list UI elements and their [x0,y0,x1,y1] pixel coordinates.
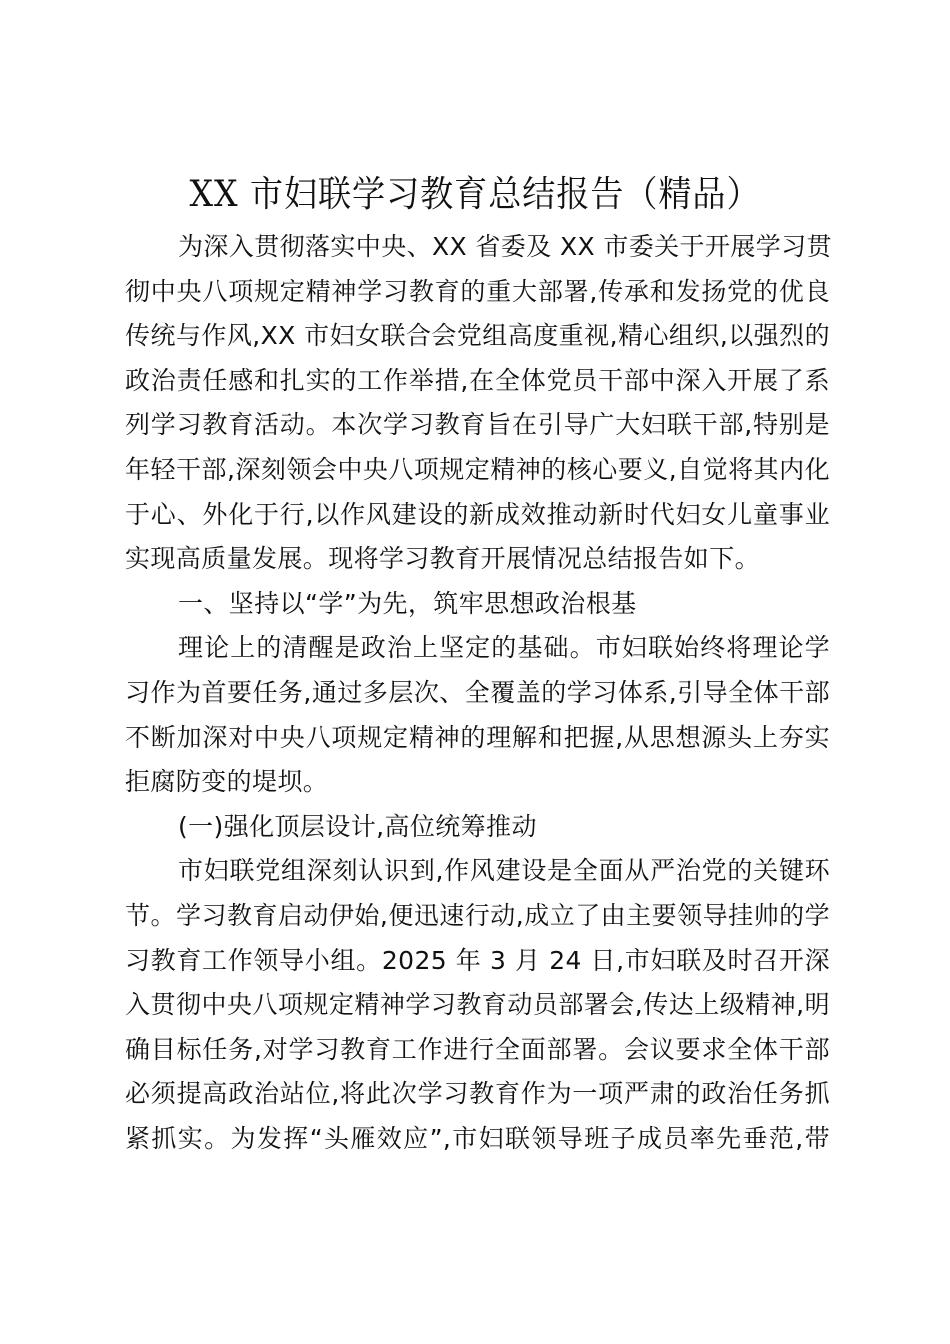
paragraph-line: 节。学习教育启动伊始,便迅速行动,成立了由主要领导挂帅的学 [125,894,830,939]
paragraph-first-line: 一、坚持以“学”为先，筑牢思想政治根基 [125,582,830,627]
paragraph-first-line: (一)强化顶层设计,高位统筹推动 [125,805,830,850]
paragraph-line: 传统与作风,XX 市妇女联合会党组高度重视,精心组织,以强烈的 [125,314,830,359]
paragraph-line: 必须提高政治站位,将此次学习教育作为一项严肃的政治任务抓 [125,1072,830,1117]
paragraph-line: 彻中央八项规定精神学习教育的重大部署,传承和发扬党的优良 [125,270,830,315]
paragraph-line: 不断加深对中央八项规定精神的理解和把握,从思想源头上夯实 [125,716,830,761]
paragraph-line: 确目标任务,对学习教育工作进行全面部署。会议要求全体干部 [125,1028,830,1073]
paragraph-first-line: 理论上的清醒是政治上坚定的基础。市妇联始终将理论学 [125,626,830,671]
paragraph-line: 习教育工作领导小组。2025 年 3 月 24 日,市妇联及时召开深 [125,939,830,984]
paragraph-line: 紧抓实。为发挥“头雁效应”,市妇联领导班子成员率先垂范,带 [125,1117,830,1162]
document-title: XX 市妇联学习教育总结报告（精品） [38,170,912,220]
paragraph-first-line: 为深入贯彻落实中央、XX 省委及 XX 市委关于开展学习贯 [125,225,830,270]
paragraph-line: 列学习教育活动。本次学习教育旨在引导广大妇联干部,特别是 [125,403,830,448]
document-body: 为深入贯彻落实中央、XX 省委及 XX 市委关于开展学习贯彻中央八项规定精神学习… [125,225,830,1161]
paragraph-line: 于心、外化于行,以作风建设的新成效推动新时代妇女儿童事业 [125,493,830,538]
paragraph-first-line: 市妇联党组深刻认识到,作风建设是全面从严治党的关键环 [125,849,830,894]
paragraph-line: 习作为首要任务,通过多层次、全覆盖的学习体系,引导全体干部 [125,671,830,716]
paragraph-line: 年轻干部,深刻领会中央八项规定精神的核心要义,自觉将其内化 [125,448,830,493]
document-page: XX 市妇联学习教育总结报告（精品） 为深入贯彻落实中央、XX 省委及 XX 市… [0,0,950,1344]
paragraph-line: 实现高质量发展。现将学习教育开展情况总结报告如下。 [125,537,830,582]
paragraph-line: 政治责任感和扎实的工作举措,在全体党员干部中深入开展了系 [125,359,830,404]
paragraph-line: 拒腐防变的堤坝。 [125,760,830,805]
paragraph-line: 入贯彻中央八项规定精神学习教育动员部署会,传达上级精神,明 [125,983,830,1028]
